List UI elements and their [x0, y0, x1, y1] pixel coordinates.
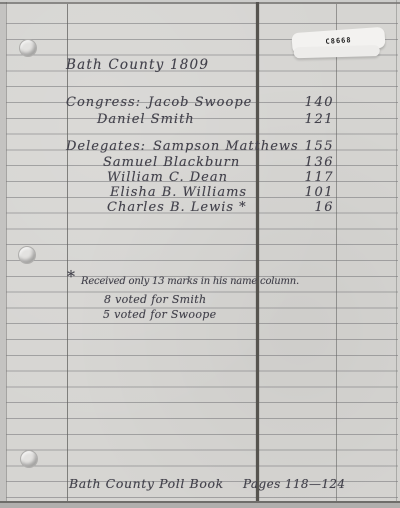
vote-count: 121 — [294, 112, 334, 127]
candidate-name: Charles B. Lewis * — [107, 200, 247, 215]
footnote-line-3: 5 voted for Swoope — [103, 308, 216, 321]
punch-hole-top — [19, 39, 37, 57]
paper-right-edge-line — [396, 0, 397, 502]
congress-label: Congress: — [66, 95, 141, 110]
candidate-name: Elisha B. Williams — [110, 185, 247, 200]
footnote-line-2: 8 voted for Smith — [104, 293, 206, 306]
votes-column-line — [336, 4, 337, 501]
vote-count: 117 — [294, 170, 334, 185]
source-title: Bath County Poll Book — [69, 476, 224, 491]
scan-bottom-edge — [0, 503, 400, 508]
vote-count: 136 — [294, 155, 334, 170]
candidate-name: William C. Dean — [107, 170, 228, 185]
punch-hole-middle — [18, 246, 36, 264]
vote-count: 101 — [294, 185, 334, 200]
footnote-line-1: Received only 13 marks in his name colum… — [81, 276, 299, 287]
vote-count: 140 — [294, 95, 334, 110]
left-margin-line — [67, 4, 68, 501]
candidate-name: Sampson Matthews — [153, 139, 299, 154]
candidate-name: Samuel Blackburn — [103, 155, 240, 170]
paper-top-edge-line — [0, 2, 400, 4]
candidate-name: Jacob Swoope — [148, 95, 252, 110]
vote-count: 16 — [294, 200, 334, 215]
candidate-name: Daniel Smith — [97, 112, 195, 127]
scanned-document-page: C8668 Bath County 1809 Congress:Jacob Sw… — [0, 0, 400, 508]
footnote-asterisk: * — [67, 267, 75, 286]
page-title: Bath County 1809 — [66, 57, 209, 73]
catalog-number: C8668 — [325, 36, 352, 46]
delegates-label: Delegates: — [66, 139, 146, 154]
vote-count: 155 — [294, 139, 334, 154]
paper-left-edge-line — [6, 0, 7, 508]
page-crease-line — [256, 2, 259, 503]
page-range: Pages 118—124 — [243, 477, 345, 491]
punch-hole-bottom — [20, 450, 38, 468]
